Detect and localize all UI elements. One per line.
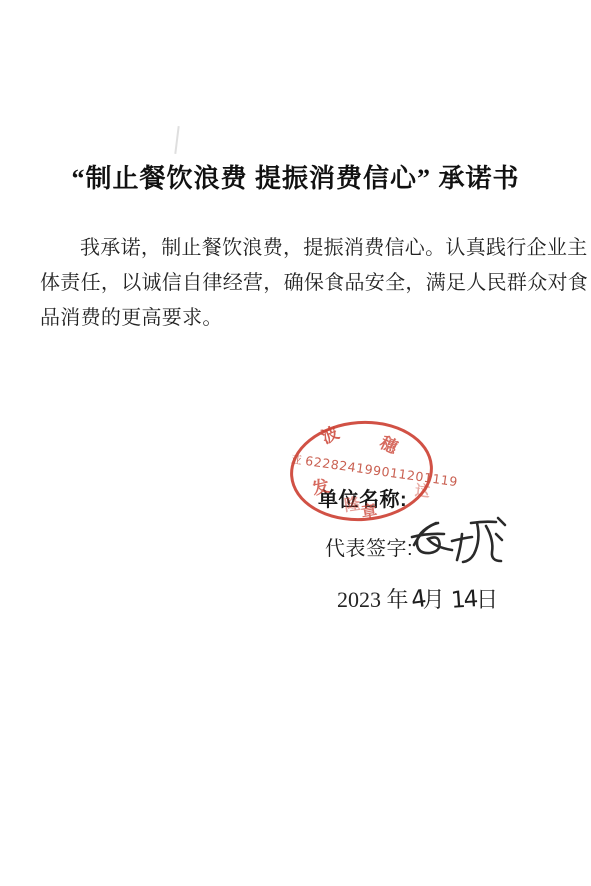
signature-handwriting <box>404 514 514 569</box>
body-paragraph-line: 品消费的更高要求。 <box>40 303 570 333</box>
unit-name-label: 单位名称: <box>318 483 407 512</box>
scan-artifact-mark <box>174 126 179 154</box>
date-handwritten-month: 4 <box>409 584 428 614</box>
representative-signature-label: 代表签字: <box>325 532 413 561</box>
date-printed-year: 2023 年 <box>337 587 409 612</box>
body-paragraph-line: 我承诺，制止餐饮浪费，提振消费信心。认真践行企业主 <box>40 233 591 263</box>
date-handwritten-day: 14 <box>450 586 477 614</box>
document-page: “制止餐饮浪费 提振消费信心” 承诺书 我承诺，制止餐饮浪费，提振消费信心。认真… <box>0 0 591 886</box>
date-line: 2023 年4月14日 <box>337 583 498 614</box>
stamp-arc-character-right: 穗 <box>376 429 402 459</box>
stamp-id-prefix: 亚 <box>290 453 303 467</box>
document-title: “制止餐饮浪费 提振消费信心” 承诺书 <box>0 158 591 195</box>
body-paragraph-line: 体责任，以诚信自律经营，确保食品安全，满足人民群众对食 <box>40 268 570 298</box>
stamp-arc-character-left: 波 <box>317 419 343 449</box>
date-day-unit: 日 <box>476 587 498 612</box>
